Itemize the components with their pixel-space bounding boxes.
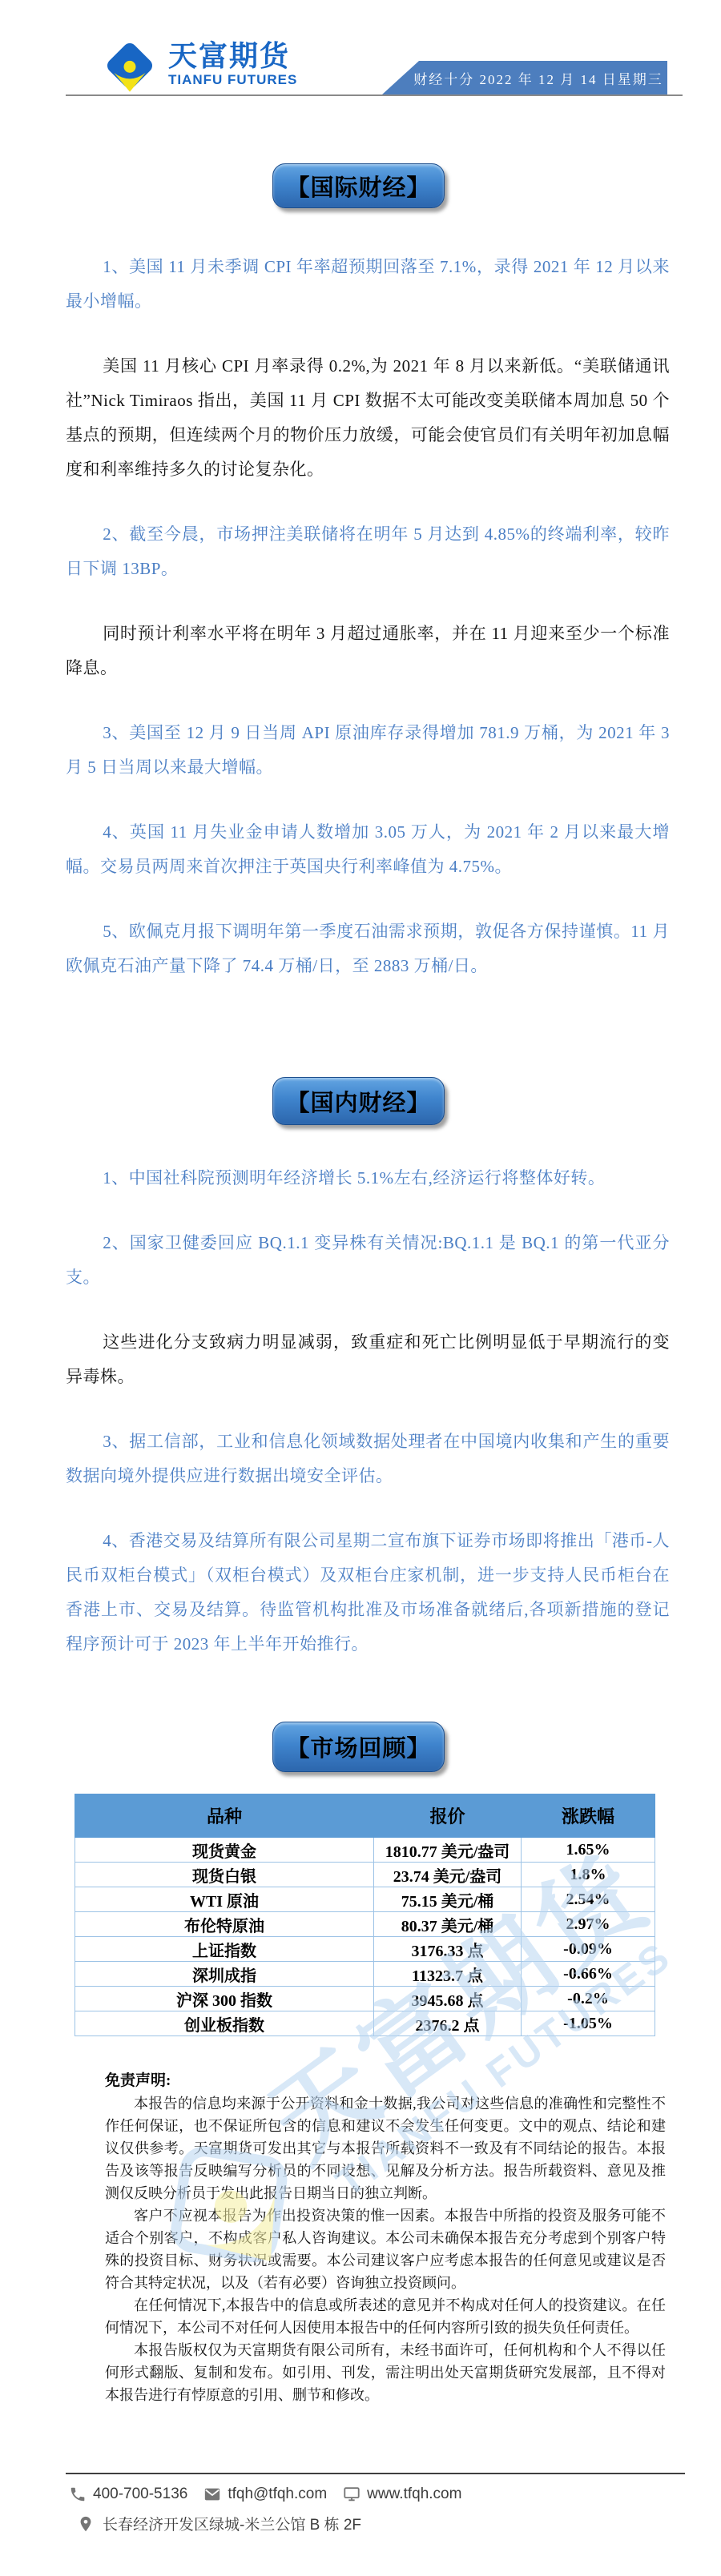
logo-en-text: TIANFU FUTURES [168, 72, 297, 88]
table-row: 创业板指数2376.2 点-1.05% [75, 2011, 655, 2036]
date-banner: 财经十分 2022 年 12 月 14 日星期三 [382, 61, 667, 94]
cell-change: -0.2% [522, 1987, 655, 2011]
company-logo: 天富期货 TIANFU FUTURES [103, 35, 297, 96]
footer-address-row: 长春经济开发区绿城-米兰公馆 B 栋 2F [77, 2513, 361, 2534]
footer-email-text: tfqh@tfqh.com [228, 2486, 327, 2503]
table-row: 沪深 300 指数3945.68 点-0.2% [75, 1987, 655, 2011]
news-paragraph: 同时预计利率水平将在明年 3 月超过通胀率，并在 11 月迎来至少一个标准降息。 [66, 617, 670, 685]
section-button-international: 【国际财经】 [272, 163, 445, 208]
news-paragraph: 2、截至今晨，市场押注美联储将在明年 5 月达到 4.85%的终端利率，较昨日下… [66, 517, 670, 586]
cell-quote: 23.74 美元/盎司 [374, 1863, 522, 1887]
market-review-table: 品种 报价 涨跌幅 现货黄金1810.77 美元/盎司1.65%现货白银23.7… [75, 1794, 655, 2036]
tianfu-diamond-logo-icon [103, 35, 157, 96]
disclaimer-paragraph: 本报告版权仅为天富期货有限公司所有，未经书面许可，任何机构和个人不得以任何形式翻… [105, 2339, 666, 2406]
cell-change: -0.66% [522, 1962, 655, 1987]
cell-quote: 3176.33 点 [374, 1937, 522, 1962]
cell-quote: 80.37 美元/桶 [374, 1912, 522, 1937]
disclaimer-paragraphs: 本报告的信息均来源于公开资料和金十数据,我公司对这些信息的准确性和完整性不作任何… [105, 2092, 666, 2406]
header-divider [66, 94, 683, 96]
news-paragraph: 4、香港交易及结算所有限公司星期二宣布旗下证券市场即将推出「港币-人民币双柜台模… [66, 1524, 670, 1662]
section-button-domestic: 【国内财经】 [272, 1077, 445, 1125]
news-paragraph: 3、据工信部，工业和信息化领域数据处理者在中国境内收集和产生的重要数据向境外提供… [66, 1425, 670, 1493]
table-row: 深圳成指11323.7 点-0.66% [75, 1962, 655, 1987]
column-header-variety: 品种 [75, 1794, 374, 1838]
cell-variety: 深圳成指 [75, 1962, 374, 1987]
table-row: 现货白银23.74 美元/盎司1.8% [75, 1863, 655, 1887]
table-row: 现货黄金1810.77 美元/盎司1.65% [75, 1838, 655, 1863]
cell-change: 2.97% [522, 1912, 655, 1937]
cell-quote: 3945.68 点 [374, 1987, 522, 2011]
footer-email: tfqh@tfqh.com [203, 2486, 327, 2503]
cell-quote: 1810.77 美元/盎司 [374, 1838, 522, 1863]
disclaimer-paragraph: 在任何情况下,本报告中的信息或所表述的意见并不构成对任何人的投资建议。在任何情况… [105, 2294, 666, 2339]
cell-quote: 75.15 美元/桶 [374, 1887, 522, 1912]
monitor-icon [343, 2486, 360, 2503]
column-header-quote: 报价 [374, 1794, 522, 1838]
cell-variety: 布伦特原油 [75, 1912, 374, 1937]
cell-variety: 创业板指数 [75, 2011, 374, 2036]
international-news-block: 1、美国 11 月未季调 CPI 年率超预期回落至 7.1%，录得 2021 年… [66, 250, 670, 1014]
cell-variety: 现货白银 [75, 1863, 374, 1887]
domestic-news-block: 1、中国社科院预测明年经济增长 5.1%左右,经济运行将整体好转。2、国家卫健委… [66, 1161, 670, 1692]
footer-contact-row: 400-700-5136 tfqh@tfqh.com www.tfqh.com [69, 2486, 461, 2503]
newsletter-page: 天富期货 TIANFU FUTURES 财经十分 2022 年 12 月 14 … [0, 0, 721, 2576]
news-paragraph: 1、中国社科院预测明年经济增长 5.1%左右,经济运行将整体好转。 [66, 1161, 670, 1196]
cell-variety: 现货黄金 [75, 1838, 374, 1863]
news-paragraph: 4、英国 11 月失业金申请人数增加 3.05 万人，为 2021 年 2 月以… [66, 815, 670, 884]
cell-quote: 11323.7 点 [374, 1962, 522, 1987]
table-header-row: 品种 报价 涨跌幅 [75, 1794, 655, 1838]
section-button-market-review: 【市场回顾】 [272, 1722, 445, 1772]
footer-divider [66, 2473, 685, 2474]
table-row: WTI 原油75.15 美元/桶2.54% [75, 1887, 655, 1912]
footer-website: www.tfqh.com [343, 2486, 461, 2503]
disclaimer-label: 免责声明: [105, 2070, 666, 2092]
footer-phone-text: 400-700-5136 [93, 2486, 187, 2503]
footer-website-text: www.tfqh.com [367, 2486, 461, 2503]
news-paragraph: 美国 11 月核心 CPI 月率录得 0.2%,为 2021 年 8 月以来新低… [66, 349, 670, 487]
table-body: 现货黄金1810.77 美元/盎司1.65%现货白银23.74 美元/盎司1.8… [75, 1838, 655, 2036]
envelope-icon [203, 2486, 221, 2503]
cell-change: 1.65% [522, 1838, 655, 1863]
phone-icon [69, 2486, 87, 2503]
news-paragraph: 这些进化分支致病力明显减弱，致重症和死亡比例明显低于早期流行的变异毒株。 [66, 1325, 670, 1394]
location-pin-icon [77, 2515, 95, 2533]
footer-phone: 400-700-5136 [69, 2486, 187, 2503]
cell-change: 1.8% [522, 1863, 655, 1887]
logo-cn-text: 天富期货 [168, 40, 297, 72]
column-header-change: 涨跌幅 [522, 1794, 655, 1838]
cell-change: 2.54% [522, 1887, 655, 1912]
cell-change: -1.05% [522, 2011, 655, 2036]
table-row: 布伦特原油80.37 美元/桶2.97% [75, 1912, 655, 1937]
news-paragraph: 2、国家卫健委回应 BQ.1.1 变异株有关情况:BQ.1.1 是 BQ.1 的… [66, 1226, 670, 1295]
cell-quote: 2376.2 点 [374, 2011, 522, 2036]
news-paragraph: 3、美国至 12 月 9 日当周 API 原油库存录得增加 781.9 万桶，为… [66, 716, 670, 785]
cell-change: -0.09% [522, 1937, 655, 1962]
news-paragraph: 1、美国 11 月未季调 CPI 年率超预期回落至 7.1%，录得 2021 年… [66, 250, 670, 319]
cell-variety: 沪深 300 指数 [75, 1987, 374, 2011]
cell-variety: WTI 原油 [75, 1887, 374, 1912]
news-paragraph: 5、欧佩克月报下调明年第一季度石油需求预期，敦促各方保持谨慎。11 月欧佩克石油… [66, 914, 670, 983]
table-row: 上证指数3176.33 点-0.09% [75, 1937, 655, 1962]
footer-address-text: 长春经济开发区绿城-米兰公馆 B 栋 2F [103, 2513, 361, 2534]
disclaimer-block: 免责声明: 本报告的信息均来源于公开资料和金十数据,我公司对这些信息的准确性和完… [105, 2070, 666, 2406]
disclaimer-paragraph: 本报告的信息均来源于公开资料和金十数据,我公司对这些信息的准确性和完整性不作任何… [105, 2092, 666, 2204]
disclaimer-paragraph: 客户不应视本报告为作出投资决策的惟一因素。本报告中所指的投资及服务可能不适合个别… [105, 2204, 666, 2294]
cell-variety: 上证指数 [75, 1937, 374, 1962]
